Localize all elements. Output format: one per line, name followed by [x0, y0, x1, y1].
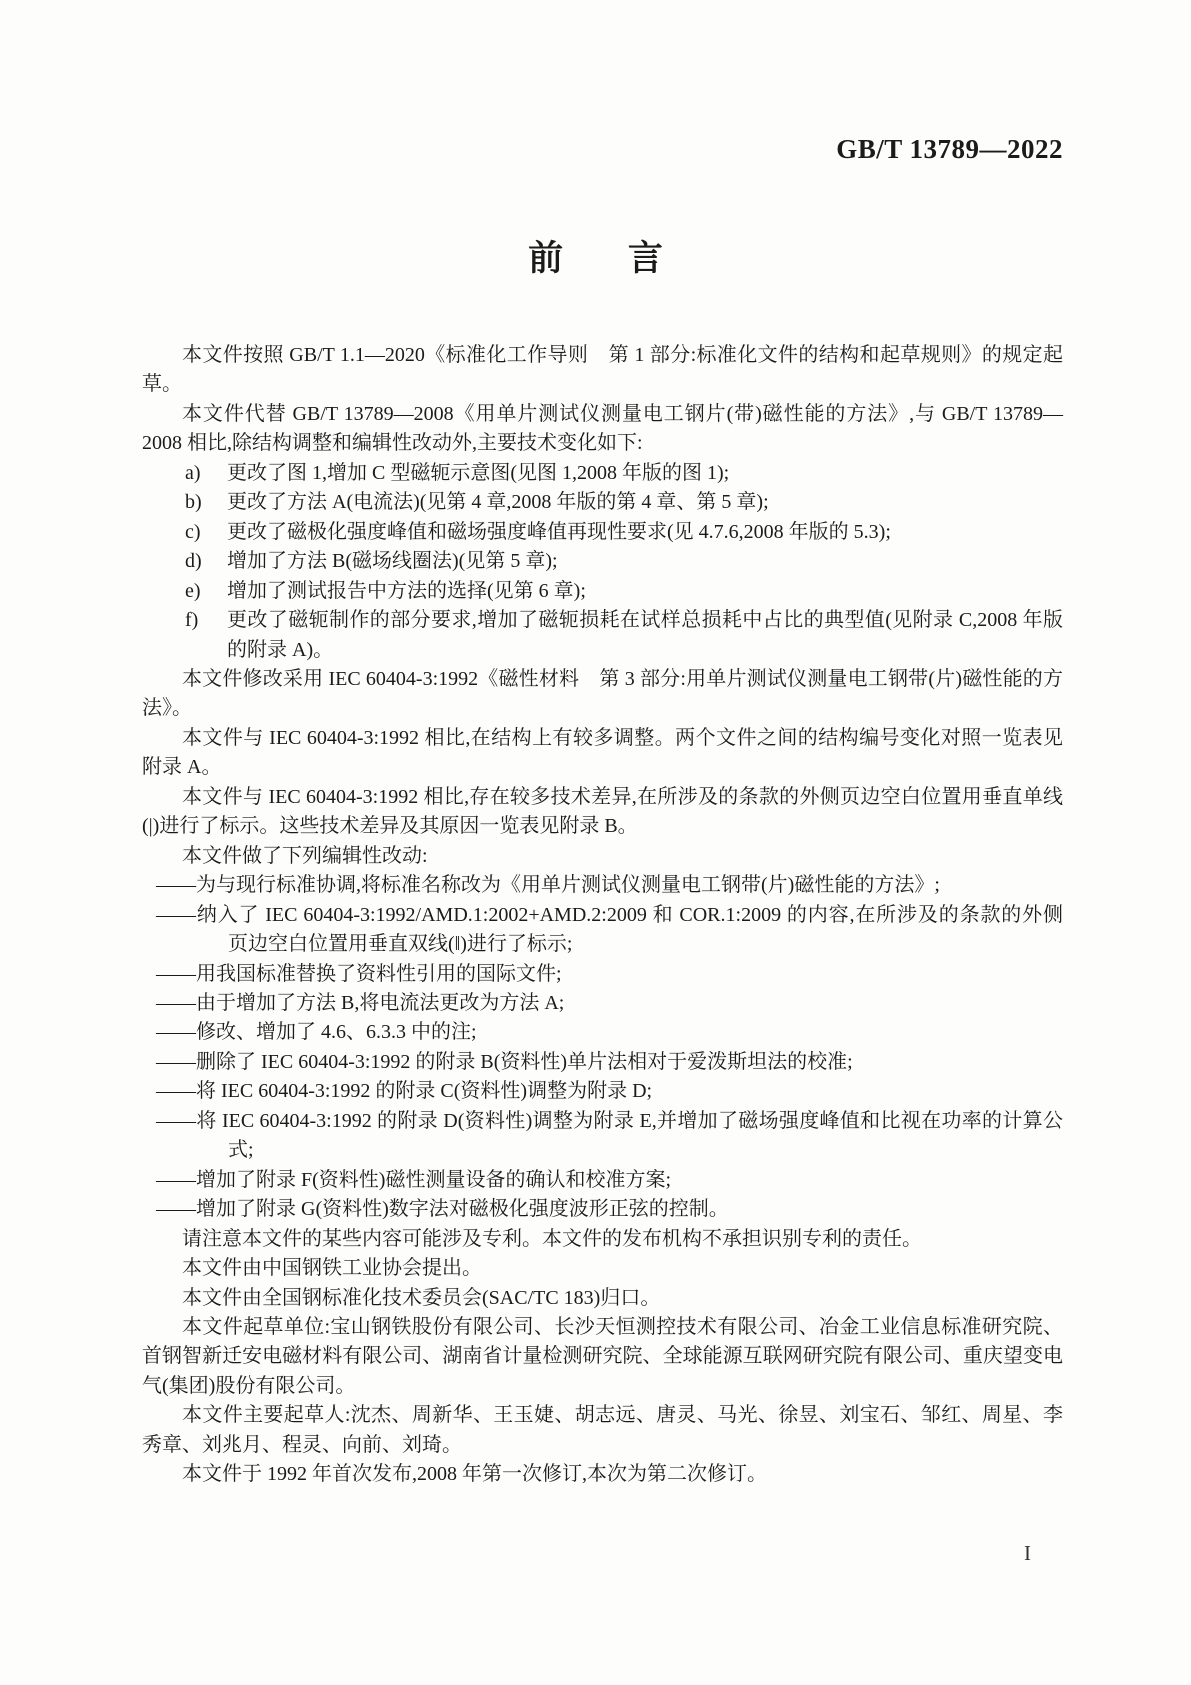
foreword-paragraph-5: c)更改了磁极化强度峰值和磁场强度峰值再现性要求(见 4.7.6,2008 年版… — [142, 518, 1063, 547]
foreword-paragraph-18: ——删除了 IEC 60404-3:1992 的附录 B(资料性)单片法相对于爱… — [142, 1048, 1063, 1077]
page-number: I — [1024, 1541, 1031, 1566]
list-marker-c: c) — [185, 518, 201, 547]
list-item-text: 更改了磁轭制作的部分要求,增加了磁轭损耗在试样总损耗中占比的典型值(见附录 C,… — [227, 609, 1063, 660]
list-item-text: 增加了测试报告中方法的选择(见第 6 章); — [227, 580, 586, 602]
list-marker-f: f) — [185, 606, 198, 635]
foreword-paragraph-26: 本文件起草单位:宝山钢铁股份有限公司、长沙天恒测控技术有限公司、冶金工业信息标准… — [142, 1313, 1063, 1401]
foreword-paragraph-24: 本文件由中国钢铁工业协会提出。 — [142, 1254, 1063, 1283]
list-marker-a: a) — [185, 459, 201, 488]
foreword-paragraph-1: 本文件按照 GB/T 1.1—2020《标准化工作导则 第 1 部分:标准化文件… — [142, 341, 1063, 400]
foreword-paragraph-23: 请注意本文件的某些内容可能涉及专利。本文件的发布机构不承担识别专利的责任。 — [142, 1225, 1063, 1254]
foreword-paragraph-10: 本文件与 IEC 60404-3:1992 相比,在结构上有较多调整。两个文件之… — [142, 724, 1063, 783]
foreword-paragraph-2: 本文件代替 GB/T 13789—2008《用单片测试仪测量电工钢片(带)磁性能… — [142, 400, 1063, 459]
foreword-paragraph-13: ——为与现行标准协调,将标准名称改为《用单片测试仪测量电工钢带(片)磁性能的方法… — [142, 871, 1063, 900]
document-page: GB/T 13789—2022 前言 本文件按照 GB/T 1.1—2020《标… — [0, 0, 1191, 1685]
foreword-paragraph-4: b)更改了方法 A(电流法)(见第 4 章,2008 年版的第 4 章、第 5 … — [142, 488, 1063, 517]
foreword-paragraph-16: ——由于增加了方法 B,将电流法更改为方法 A; — [142, 989, 1063, 1018]
foreword-paragraph-6: d)增加了方法 B(磁场线圈法)(见第 5 章); — [142, 547, 1063, 576]
list-marker-b: b) — [185, 488, 202, 517]
list-item-text: 更改了磁极化强度峰值和磁场强度峰值再现性要求(见 4.7.6,2008 年版的 … — [227, 521, 891, 543]
foreword-paragraph-22: ——增加了附录 G(资料性)数字法对磁极化强度波形正弦的控制。 — [142, 1195, 1063, 1224]
foreword-body: 本文件按照 GB/T 1.1—2020《标准化工作导则 第 1 部分:标准化文件… — [142, 341, 1063, 1490]
list-marker-d: d) — [185, 547, 202, 576]
foreword-paragraph-25: 本文件由全国钢标准化技术委员会(SAC/TC 183)归口。 — [142, 1284, 1063, 1313]
foreword-paragraph-15: ——用我国标准替换了资料性引用的国际文件; — [142, 960, 1063, 989]
list-item-text: 更改了方法 A(电流法)(见第 4 章,2008 年版的第 4 章、第 5 章)… — [227, 491, 769, 513]
list-marker-e: e) — [185, 577, 201, 606]
foreword-paragraph-20: ——将 IEC 60404-3:1992 的附录 D(资料性)调整为附录 E,并… — [142, 1107, 1063, 1166]
foreword-paragraph-27: 本文件主要起草人:沈杰、周新华、王玉婕、胡志远、唐灵、马光、徐昱、刘宝石、邹红、… — [142, 1401, 1063, 1460]
standard-code: GB/T 13789—2022 — [836, 134, 1063, 165]
page-title: 前言 — [0, 231, 1191, 281]
foreword-paragraph-8: f)更改了磁轭制作的部分要求,增加了磁轭损耗在试样总损耗中占比的典型值(见附录 … — [142, 606, 1063, 665]
foreword-paragraph-19: ——将 IEC 60404-3:1992 的附录 C(资料性)调整为附录 D; — [142, 1077, 1063, 1106]
foreword-paragraph-12: 本文件做了下列编辑性改动: — [142, 842, 1063, 871]
foreword-paragraph-14: ——纳入了 IEC 60404-3:1992/AMD.1:2002+AMD.2:… — [142, 901, 1063, 960]
foreword-paragraph-28: 本文件于 1992 年首次发布,2008 年第一次修订,本次为第二次修订。 — [142, 1460, 1063, 1489]
foreword-paragraph-7: e)增加了测试报告中方法的选择(见第 6 章); — [142, 577, 1063, 606]
foreword-paragraph-17: ——修改、增加了 4.6、6.3.3 中的注; — [142, 1018, 1063, 1047]
foreword-paragraph-21: ——增加了附录 F(资料性)磁性测量设备的确认和校准方案; — [142, 1166, 1063, 1195]
list-item-text: 增加了方法 B(磁场线圈法)(见第 5 章); — [227, 550, 558, 572]
foreword-paragraph-9: 本文件修改采用 IEC 60404-3:1992《磁性材料 第 3 部分:用单片… — [142, 665, 1063, 724]
foreword-paragraph-11: 本文件与 IEC 60404-3:1992 相比,存在较多技术差异,在所涉及的条… — [142, 783, 1063, 842]
foreword-paragraph-3: a)更改了图 1,增加 C 型磁轭示意图(见图 1,2008 年版的图 1); — [142, 459, 1063, 488]
list-item-text: 更改了图 1,增加 C 型磁轭示意图(见图 1,2008 年版的图 1); — [227, 462, 729, 484]
